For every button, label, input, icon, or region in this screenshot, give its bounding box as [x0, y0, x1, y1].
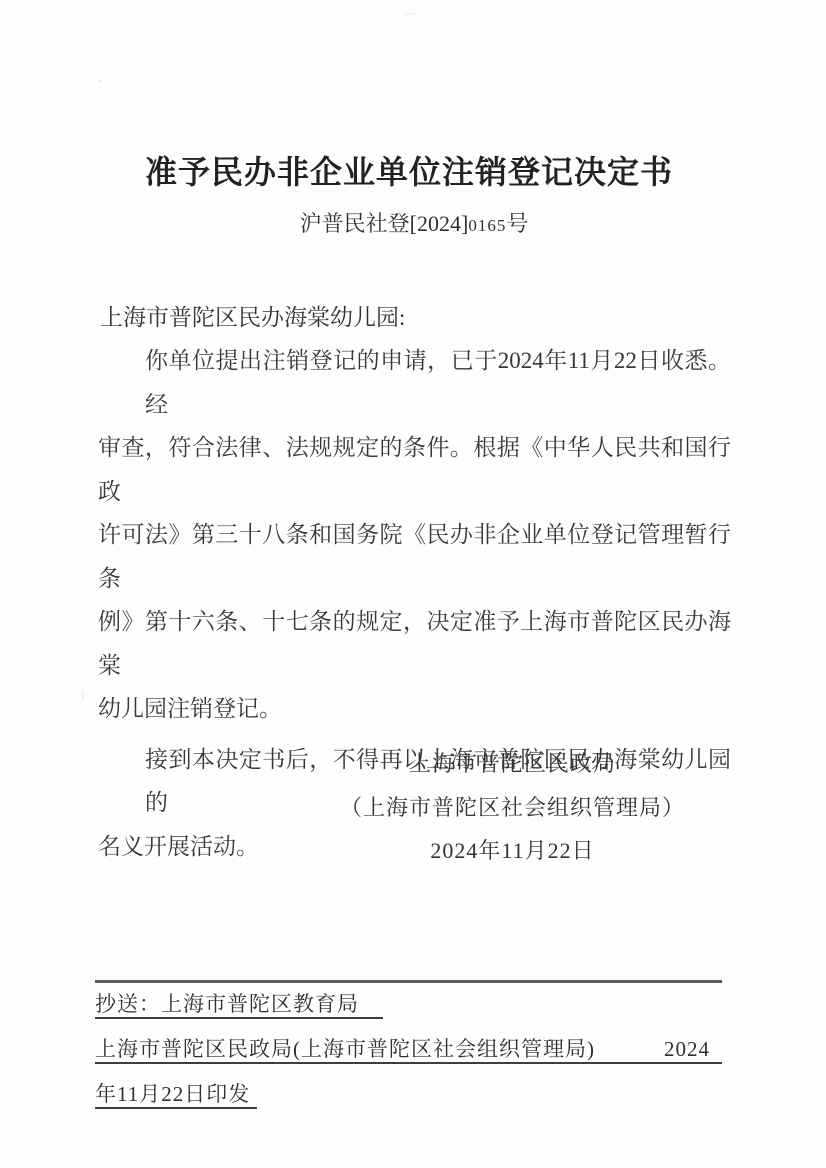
scan-artifact	[463, 238, 465, 240]
footer-divider	[95, 980, 722, 983]
document-number-prefix: 沪普民社登[2024]	[300, 211, 469, 236]
document-title: 准予民办非企业单位注销登记决定书	[0, 147, 818, 193]
footer-cc-line: 抄送：上海市普陀区教育局	[95, 991, 383, 1019]
salutation: 上海市普陀区民办海棠幼儿园:	[100, 296, 405, 339]
body-line: 你单位提出注销登记的申请，已于2024年11月22日收悉。经	[98, 339, 731, 426]
scan-artifact	[98, 79, 101, 82]
body-line: 审查，符合法律、法规规定的条件。根据《中华人民共和国行政	[98, 426, 731, 513]
body-line: 幼儿园注销登记。	[98, 687, 731, 731]
document-number-serial: 0165	[468, 216, 506, 235]
document-number-suffix: 号	[506, 211, 528, 236]
footer-issue-date-line: 年11月22日印发	[95, 1081, 257, 1109]
scanned-document-page: 准予民办非企业单位注销登记决定书 沪普民社登[2024]0165号 上海市普陀区…	[0, 0, 826, 1168]
footer-issuer-line: 上海市普陀区民政局(上海市普陀区社会组织管理局) 2024	[95, 1036, 722, 1064]
document-number: 沪普民社登[2024]0165号	[0, 207, 826, 238]
footer-issue-year: 2024	[664, 1036, 710, 1062]
signature-date: 2024年11月22日	[299, 829, 726, 873]
scan-artifact	[405, 13, 415, 15]
signature-block: 上海市普陀区民政局 （上海市普陀区社会组织管理局） 2024年11月22日	[299, 742, 726, 873]
signature-agency: 上海市普陀区民政局	[299, 742, 726, 786]
body-line: 许可法》第三十八条和国务院《民办非企业单位登记管理暂行条	[98, 513, 731, 600]
body-line: 例》第十六条、十七条的规定，决定准予上海市普陀区民办海棠	[98, 600, 731, 687]
signature-agency-alt: （上海市普陀区社会组织管理局）	[299, 786, 726, 830]
scan-artifact	[82, 690, 84, 700]
footer-issuer-text: 上海市普陀区民政局(上海市普陀区社会组织管理局)	[95, 1036, 595, 1062]
